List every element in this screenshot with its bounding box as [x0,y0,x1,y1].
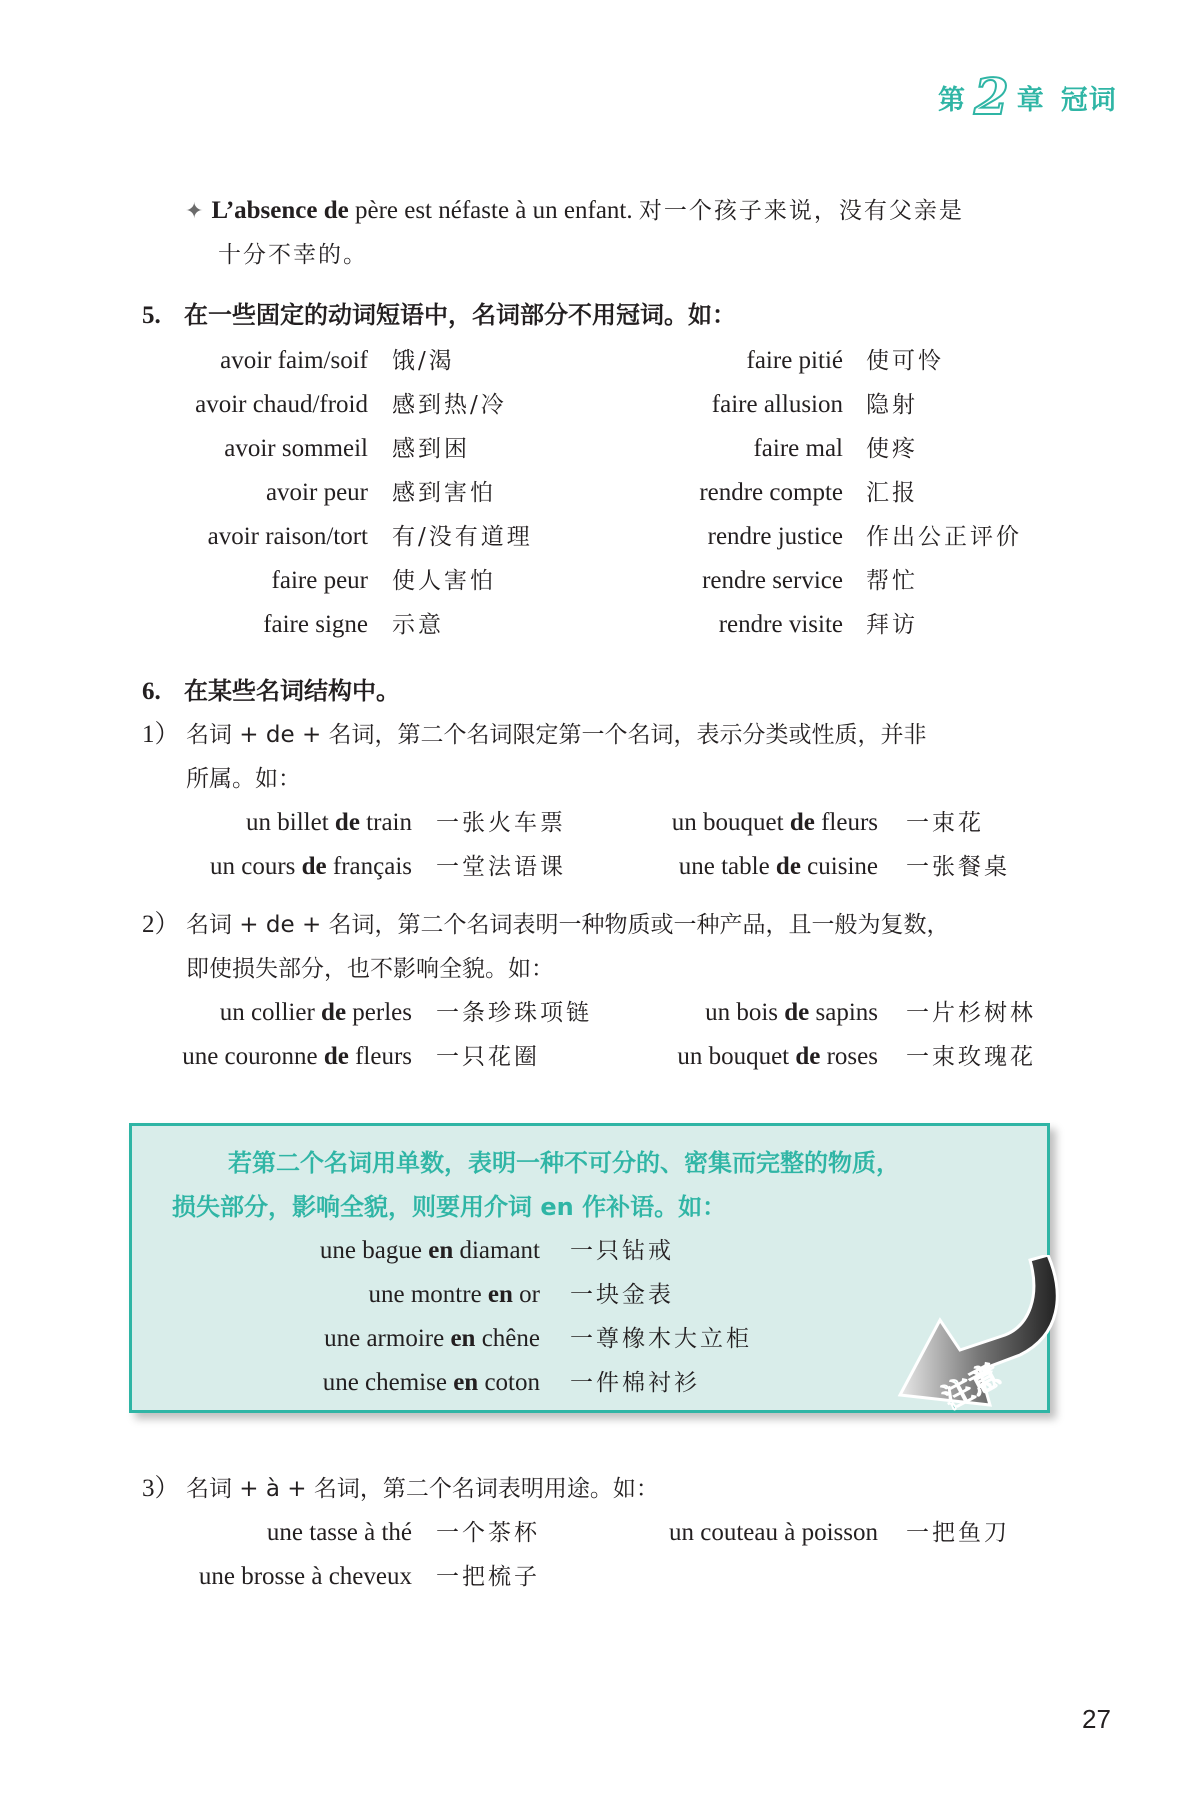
example-zh-2: 十分不幸的。 [218,242,368,268]
phrase-pair: rendre justice作出公正评价 [0,522,843,552]
phrase-pair: une table de cuisine一张餐桌 [0,852,878,882]
subsection-1-line1: 名词 + de + 名词，第二个名词限定第一个名词，表示分类或性质，并非 [186,722,927,748]
section-6-heading: 6.在某些名词结构中。 [142,676,400,707]
phrase-pair: une bague en diamant一只钻戒 [0,1236,540,1266]
note-line-2: 损失部分，影响全貌，则要用介词 en 作补语。如： [172,1192,726,1222]
phrase-pair: rendre service帮忙 [0,566,843,596]
subsection-2-cont: 即使损失部分，也不影响全貌。如： [186,954,554,984]
chapter-prefix: 第 [938,78,966,117]
subsection-2-number: 2） [142,910,186,940]
section-5-heading: 5.在一些固定的动词短语中，名词部分不用冠词。如： [142,300,736,331]
phrase-pair: une chemise en coton一件棉衬衫 [0,1368,540,1398]
phrase-pair: une armoire en chêne一尊橡木大立柜 [0,1324,540,1354]
subsection-1-line2: 所属。如： [186,766,301,792]
example-bold: L’absence de [211,197,348,224]
phrase-pair: un couteau à poisson一把鱼刀 [0,1518,878,1548]
section-6-title: 在某些名词结构中。 [184,677,400,705]
subsection-1: 1）名词 + de + 名词，第二个名词限定第一个名词，表示分类或性质，并非 [142,720,927,750]
chapter-number: 2 [974,72,1009,122]
example-zh-1: 对一个孩子来说，没有父亲是 [639,198,964,224]
phrase-pair: une brosse à cheveux一把梳子 [0,1562,412,1592]
subsection-3-line1: 名词 + à + 名词，第二个名词表明用途。如： [186,1476,659,1502]
chapter-header: 第 2 章 冠词 [938,72,1117,122]
example-sentence-cont: 十分不幸的。 [218,240,368,270]
diamond-bullet-icon: ✦ [185,198,203,223]
subsection-3: 3）名词 + à + 名词，第二个名词表明用途。如： [142,1474,659,1504]
subsection-1-number: 1） [142,720,186,750]
section-5-title: 在一些固定的动词短语中，名词部分不用冠词。如： [184,301,736,329]
page-number: 27 [1082,1704,1111,1735]
chapter-title: 冠词 [1061,78,1117,117]
subsection-3-number: 3） [142,1474,186,1504]
example-sentence: ✦L’absence de père est néfaste à un enfa… [185,196,964,226]
phrase-pair: un bois de sapins一片杉树林 [0,998,878,1028]
phrase-pair: faire pitié使可怜 [0,346,843,376]
phrase-pair: rendre compte汇报 [0,478,843,508]
section-6-number: 6. [142,677,184,707]
subsection-2-line2: 即使损失部分，也不影响全貌。如： [186,956,554,982]
phrase-pair: faire mal使疼 [0,434,843,464]
example-fr: père est néfaste à un enfant. [349,197,633,224]
phrase-pair: faire allusion隐射 [0,390,843,420]
phrase-pair: rendre visite拜访 [0,610,843,640]
phrase-pair: un bouquet de roses一束玫瑰花 [0,1042,878,1072]
chapter-suffix: 章 [1017,78,1045,117]
section-5-number: 5. [142,301,184,331]
subsection-2-line1: 名词 + de + 名词，第二个名词表明一种物质或一种产品，且一般为复数， [186,912,950,938]
subsection-2: 2）名词 + de + 名词，第二个名词表明一种物质或一种产品，且一般为复数， [142,910,950,940]
note-line-1: 若第二个名词用单数，表明一种不可分的、密集而完整的物质， [228,1148,900,1178]
subsection-1-cont: 所属。如： [186,764,301,794]
phrase-pair: une montre en or一块金表 [0,1280,540,1310]
phrase-pair: un bouquet de fleurs一束花 [0,808,878,838]
